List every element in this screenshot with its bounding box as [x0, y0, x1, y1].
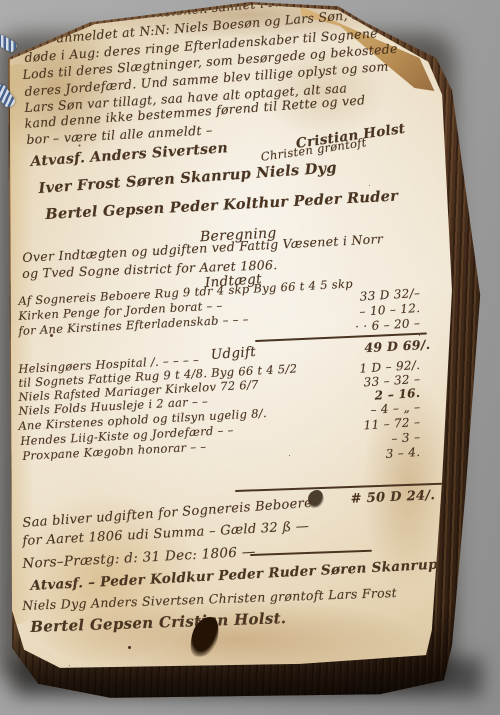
indtaegt-total: 49 D 69/.: [330, 337, 431, 357]
photo-backdrop: Und Holtt: var Comisionen samlet i Norr …: [0, 0, 500, 715]
manuscript-page: Und Holtt: var Comisionen samlet i Norr …: [8, 4, 456, 676]
signature-row: Bertel Gepsen Cristian Holst.: [30, 607, 350, 636]
